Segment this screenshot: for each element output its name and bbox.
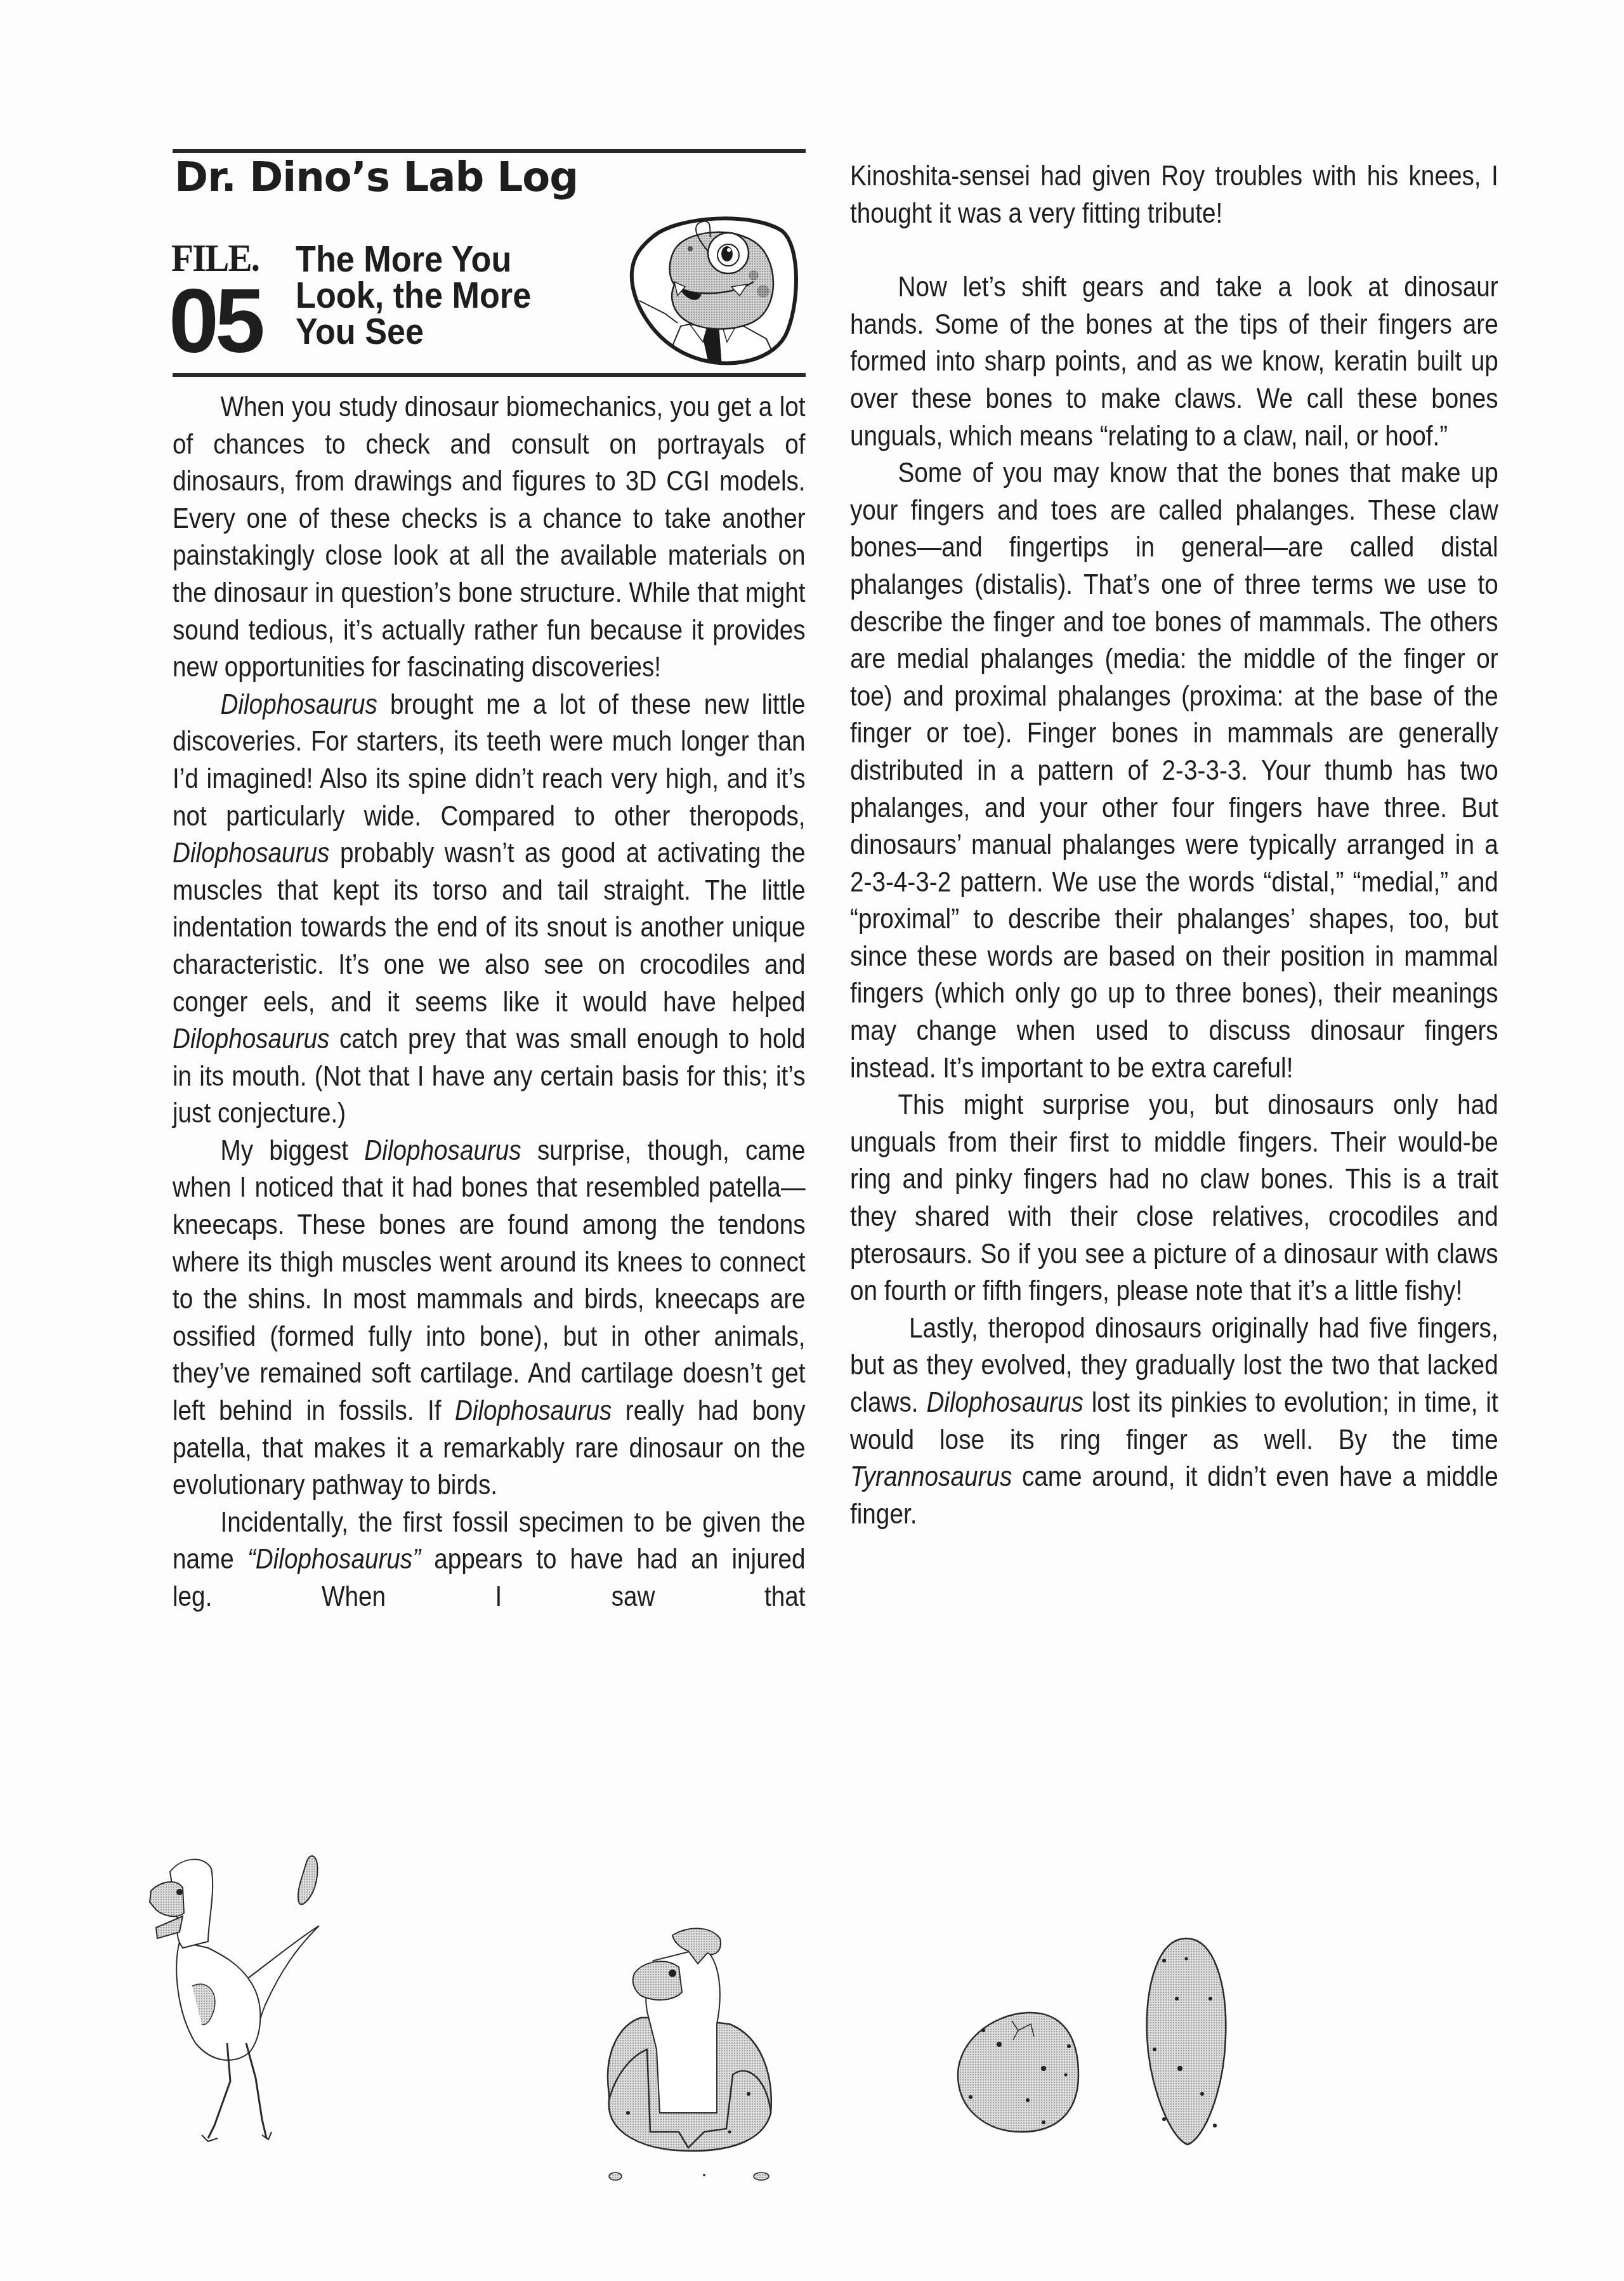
paragraph-discoveries: Dilophosaurus brought me a lot of these … — [173, 686, 806, 1132]
file-number: 05 — [169, 277, 261, 367]
paragraph-text: surprise, though, came when I noticed th… — [173, 1134, 806, 1426]
paragraph-biomechanics: When you study dinosaur biomechanics, yo… — [173, 388, 806, 686]
species-name: Dilophosaurus — [455, 1394, 612, 1426]
species-name: “Dilophosaurus” — [247, 1542, 421, 1575]
species-name: Dilophosaurus — [173, 1022, 329, 1055]
paragraph-text: My biggest — [220, 1134, 364, 1166]
series-title: Dr. Dino’s Lab Log — [174, 157, 578, 198]
elongated-egg-illustration — [1142, 1935, 1231, 2151]
paragraph-tribute: Kinoshita-sensei had given Roy troubles … — [850, 157, 1498, 232]
file-subtitle-line: You See — [296, 313, 531, 350]
species-name: Dilophosaurus — [173, 836, 329, 869]
paragraph-injured-leg: Incidentally, the first fossil specimen … — [173, 1504, 806, 1615]
paragraph-dinosaur-hands: Now let’s shift gears and take a look at… — [850, 268, 1498, 454]
species-name: Dilophosaurus — [220, 688, 377, 720]
paragraph-phalanges: Some of you may know that the bones that… — [850, 454, 1498, 1086]
file-subtitle-line: The More You — [296, 241, 531, 277]
species-name: Tyrannosaurus — [850, 1460, 1012, 1492]
shell-fragment-illustration — [293, 1853, 325, 1910]
juvenile-dilophosaurus-illustration — [145, 1853, 386, 2157]
paragraph-kneecaps: My biggest Dilophosaurus surprise, thoug… — [173, 1132, 806, 1504]
paragraph-unguals: This might surprise you, but dinosaurs o… — [850, 1086, 1498, 1310]
file-subtitle: The More You Look, the More You See — [296, 241, 531, 350]
dr-dino-mascot-icon — [627, 212, 799, 367]
paragraph-lost-fingers: Lastly, theropod dinosaurs originally ha… — [850, 1310, 1498, 1533]
header-bottom-rule — [173, 373, 806, 377]
hatchling-in-egg-illustration — [571, 1923, 812, 2189]
file-subtitle-line: Look, the More — [296, 277, 531, 313]
species-name: Dilophosaurus — [364, 1134, 521, 1166]
round-egg-illustration — [952, 2005, 1085, 2138]
left-text-column: When you study dinosaur biomechanics, yo… — [173, 388, 806, 1615]
manga-afterword-page: Dr. Dino’s Lab Log FILE. 05 The More You… — [0, 0, 1624, 2281]
species-name: Dilophosaurus — [926, 1386, 1083, 1418]
header-top-rule — [173, 149, 806, 153]
right-text-column: Kinoshita-sensei had given Roy troubles … — [850, 157, 1498, 1532]
